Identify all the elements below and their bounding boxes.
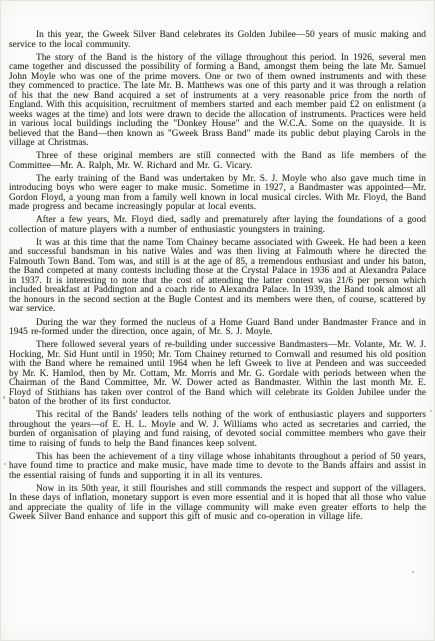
scan-speck xyxy=(3,396,5,399)
paragraph-intro: In this year, the Gweek Silver Band cele… xyxy=(9,31,426,50)
scanned-page: In this year, the Gweek Silver Band cele… xyxy=(0,0,435,641)
paragraph-50th-year: Now in its 50th year, it still flourishe… xyxy=(9,485,426,523)
paragraph-tom-chainey: It was at this time that the name Tom Ch… xyxy=(9,239,426,315)
paragraph-achievement: This has been the achievement of a tiny … xyxy=(9,453,426,482)
paragraph-early-training: The early training of the Band was under… xyxy=(9,175,426,213)
paragraph-war-years: During the war they formed the nucleus o… xyxy=(9,319,426,338)
paragraph-band-origins: The story of the Band is the history of … xyxy=(9,54,426,149)
scan-speck xyxy=(430,410,432,412)
scan-speck xyxy=(412,571,414,573)
paragraph-supporters: This recital of the Bands' leaders tells… xyxy=(9,411,426,449)
article-text: In this year, the Gweek Silver Band cele… xyxy=(9,31,426,523)
scan-speck xyxy=(4,463,6,465)
paragraph-life-members: Three of these original members are stil… xyxy=(9,152,426,171)
paragraph-floyd-death: After a few years, Mr. Floyd died, sadly… xyxy=(9,216,426,235)
paragraph-bandmasters: There followed several years of re-build… xyxy=(9,341,426,408)
